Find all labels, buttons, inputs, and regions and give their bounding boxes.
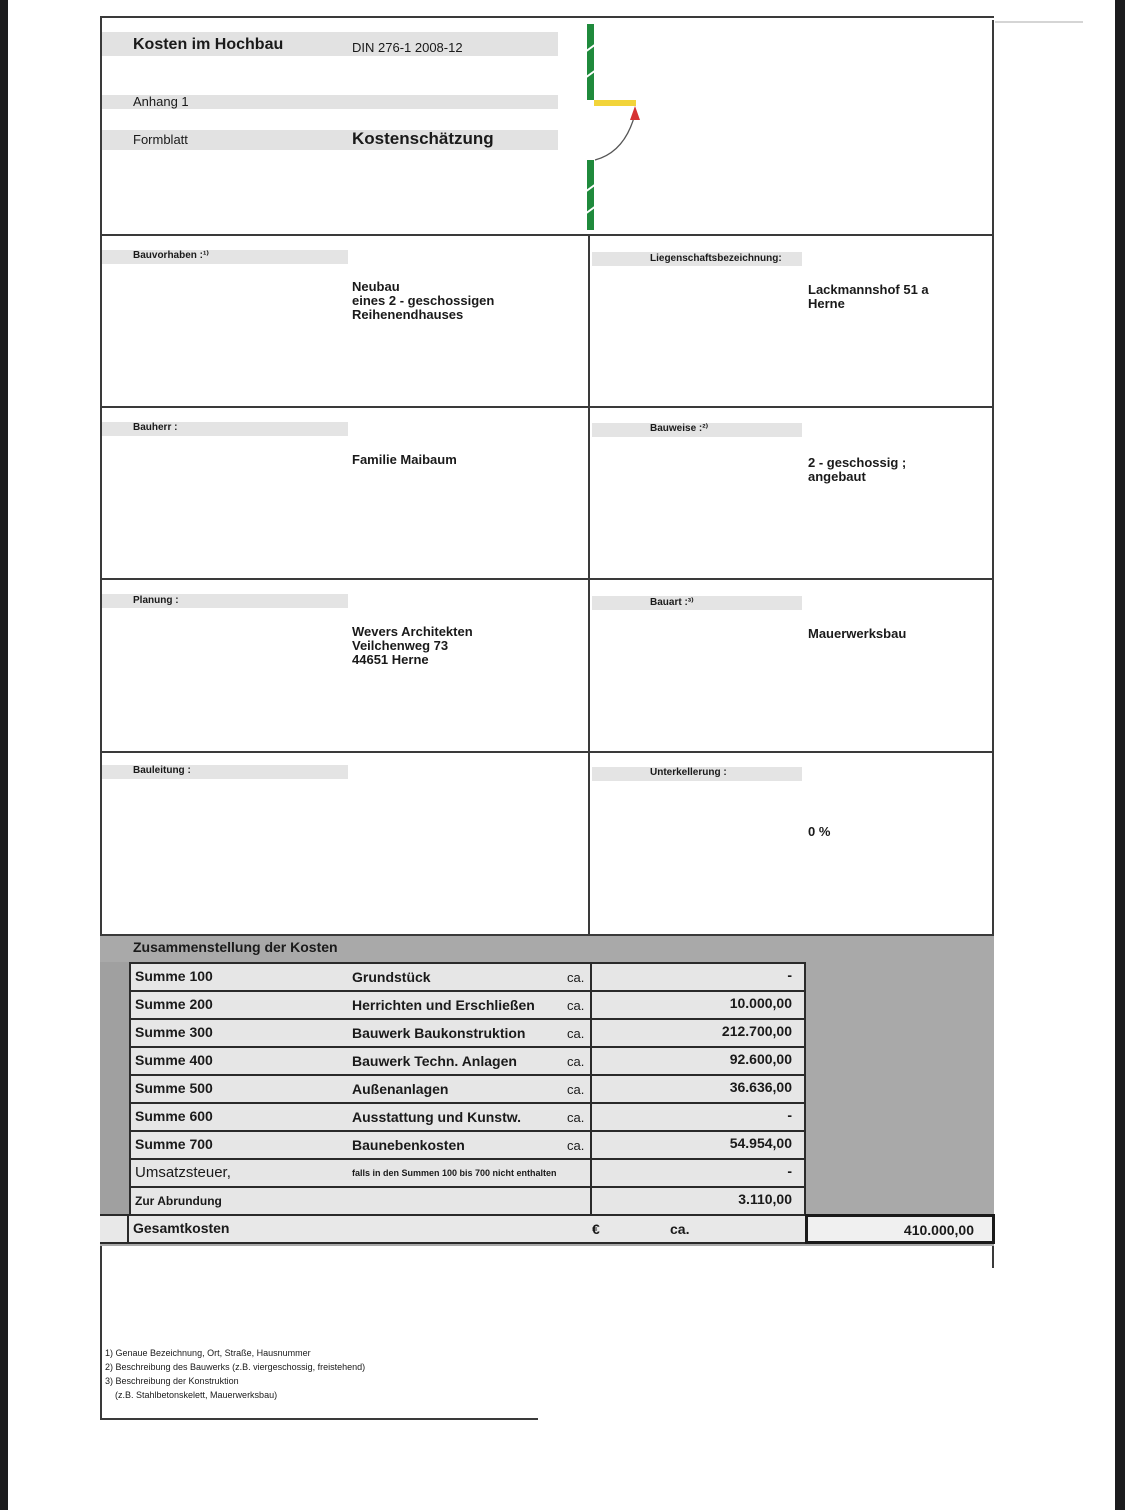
cost-description: falls in den Summen 100 bis 700 nicht en… [352, 1168, 557, 1178]
cost-description: Bauwerk Baukonstruktion [352, 1025, 525, 1041]
row-strip [100, 962, 129, 1214]
label-band [592, 596, 802, 610]
screen-edge-left [0, 0, 8, 1510]
unterkellerung-label: Unterkellerung : [650, 767, 727, 778]
cost-group: Zur Abrundung [135, 1194, 222, 1208]
cost-value-cell: 3.110,00 [590, 1186, 808, 1214]
bauvorhaben-value: Neubau eines 2 - geschossigen Reihenendh… [352, 280, 494, 322]
cost-group: Summe 600 [135, 1108, 213, 1124]
approx-marker: ca. [567, 1082, 584, 1097]
table-row: Summe 300Bauwerk Baukonstruktionca.212.7… [129, 1018, 806, 1046]
bauart-label: Bauart :³⁾ [650, 597, 694, 608]
cost-description: Herrichten und Erschließen [352, 997, 535, 1013]
cost-value-cell: 212.700,00 [590, 1018, 808, 1046]
total-value-box: 410.000,00 [805, 1214, 995, 1244]
total-label: Gesamtkosten [133, 1220, 229, 1236]
approx-marker: ca. [567, 998, 584, 1013]
approx-marker: ca. [567, 970, 584, 985]
table-row: Summe 700Baunebenkostenca.54.954,00 [129, 1130, 806, 1158]
footnote-2: 2) Beschreibung des Bauwerks (z.B. vierg… [105, 1360, 365, 1374]
cost-group: Umsatzsteuer, [135, 1164, 231, 1181]
footnotes: 1) Genaue Bezeichnung, Ort, Straße, Haus… [105, 1346, 365, 1402]
liegenschaft-label: Liegenschaftsbezeichnung: [650, 253, 782, 264]
bauweise-label: Bauweise :²⁾ [650, 423, 708, 434]
cost-group: Summe 400 [135, 1052, 213, 1068]
total-row-strip [100, 1216, 129, 1242]
divider-bottom [100, 1418, 538, 1420]
divider-row-2 [100, 578, 994, 580]
cost-description: Bauwerk Techn. Anlagen [352, 1053, 517, 1069]
approx-marker: ca. [567, 1054, 584, 1069]
form-type-title: Kostenschätzung [352, 129, 494, 149]
cost-description: Ausstattung und Kunstw. [352, 1109, 521, 1125]
cost-value-cell: - [590, 1102, 808, 1130]
cost-value: - [787, 1163, 792, 1179]
cost-group: Summe 300 [135, 1024, 213, 1040]
cost-value-cell: 54.954,00 [590, 1130, 808, 1158]
cost-group: Summe 700 [135, 1136, 213, 1152]
table-row: Summe 500Außenanlagenca.36.636,00 [129, 1074, 806, 1102]
bauleitung-label: Bauleitung : [133, 765, 191, 776]
footnote-3: 3) Beschreibung der Konstruktion [105, 1374, 365, 1388]
approx-marker: ca. [567, 1110, 584, 1125]
cost-value: 92.600,00 [730, 1051, 792, 1067]
divider-vertical [588, 234, 590, 936]
cost-description: Außenanlagen [352, 1081, 448, 1097]
cost-value: 3.110,00 [738, 1191, 792, 1207]
form-border-top [100, 16, 994, 18]
bauart-value: Mauerwerksbau [808, 627, 906, 641]
cost-value: 36.636,00 [730, 1079, 792, 1095]
divider-costs [100, 934, 994, 936]
cost-value-cell: - [590, 1158, 808, 1186]
cost-value-cell: - [590, 962, 808, 990]
currency-symbol: € [592, 1221, 600, 1237]
table-row: Summe 400Bauwerk Techn. Anlagenca.92.600… [129, 1046, 806, 1074]
cost-value: 54.954,00 [730, 1135, 792, 1151]
cost-value: - [787, 1107, 792, 1123]
document-title: Kosten im Hochbau [133, 36, 283, 54]
door-exit-icon [580, 22, 650, 232]
cost-group: Summe 200 [135, 996, 213, 1012]
table-row: Summe 100Grundstückca.- [129, 962, 806, 990]
divider-row-1 [100, 406, 994, 408]
footnote-1: 1) Genaue Bezeichnung, Ort, Straße, Haus… [105, 1346, 365, 1360]
total-value: 410.000,00 [904, 1222, 974, 1238]
appendix-label: Anhang 1 [133, 94, 189, 109]
screen-edge-right [1115, 0, 1125, 1510]
standard-reference: DIN 276-1 2008-12 [352, 40, 463, 55]
cost-value: 212.700,00 [722, 1023, 792, 1039]
total-row: Gesamtkosten € ca. 410.000,00 [100, 1214, 994, 1244]
footnote-3-example: (z.B. Stahlbetonskelett, Mauerwerksbau) [105, 1388, 365, 1402]
table-row: Summe 600Ausstattung und Kunstw.ca.- [129, 1102, 806, 1130]
total-approx: ca. [670, 1221, 689, 1237]
approx-marker: ca. [567, 1026, 584, 1041]
cost-value: - [787, 967, 792, 983]
cost-value-cell: 10.000,00 [590, 990, 808, 1018]
divider-row-3 [100, 751, 994, 753]
unterkellerung-value: 0 % [808, 825, 830, 839]
table-row: Summe 200Herrichten und Erschließenca.10… [129, 990, 806, 1018]
bauvorhaben-label: Bauvorhaben :¹⁾ [133, 250, 209, 261]
divider-header [100, 234, 994, 236]
cost-value: 10.000,00 [730, 995, 792, 1011]
scan-artifact-line [995, 21, 1083, 23]
bauherr-label: Bauherr : [133, 422, 177, 433]
liegenschaft-value: Lackmannshof 51 a Herne [808, 283, 929, 311]
cost-group: Summe 500 [135, 1080, 213, 1096]
form-label: Formblatt [133, 132, 188, 147]
cost-value-cell: 92.600,00 [590, 1046, 808, 1074]
cost-description: Grundstück [352, 969, 431, 985]
bauweise-value: 2 - geschossig ; angebaut [808, 456, 906, 484]
table-row: Zur Abrundung3.110,00 [129, 1186, 806, 1216]
cost-summary-title: Zusammenstellung der Kosten [133, 939, 338, 955]
cost-group: Summe 100 [135, 968, 213, 984]
approx-marker: ca. [567, 1138, 584, 1153]
cost-value-cell: 36.636,00 [590, 1074, 808, 1102]
planung-value: Wevers Architekten Veilchenweg 73 44651 … [352, 625, 473, 667]
bauherr-value: Familie Maibaum [352, 453, 457, 467]
planung-label: Planung : [133, 595, 179, 606]
table-row: Umsatzsteuer,falls in den Summen 100 bis… [129, 1158, 806, 1186]
cost-description: Baunebenkosten [352, 1137, 465, 1153]
